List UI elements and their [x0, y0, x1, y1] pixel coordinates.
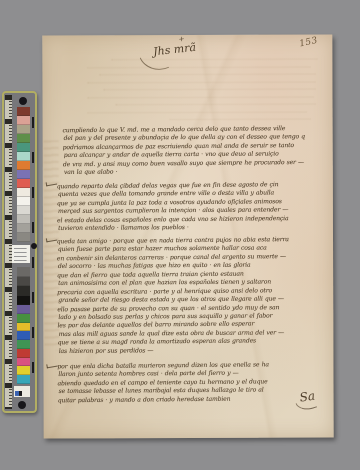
color-patch [17, 134, 30, 143]
color-patch [17, 277, 30, 287]
color-patch [17, 107, 30, 116]
calibration-ruler [5, 95, 12, 409]
manuscript-paragraph-2: quando reparto dela çibdad delas vegas q… [57, 181, 319, 234]
color-patch [17, 224, 30, 233]
color-patch [17, 170, 30, 179]
color-patch [17, 143, 30, 152]
manuscript-page: + Jhs mrã 153 cumpliendo lo que V. md. m… [42, 34, 333, 438]
manuscript-line: tuvieron entendido · llamamos los pueblo… [58, 223, 320, 233]
color-patch [17, 340, 30, 349]
invocation: + Jhs mrã [139, 34, 211, 59]
color-patch [17, 179, 30, 188]
color-patch [17, 267, 30, 277]
calibration-label-small [14, 386, 30, 397]
color-patch [17, 375, 30, 384]
manuscript-line: las hizieron por sus perdidos — [59, 346, 323, 356]
manuscript-paragraph-4: por que enla dicha batalla murieron segu… [57, 361, 321, 406]
color-patch [17, 314, 30, 323]
archival-scan-viewport: { "scan": { "background_color": "#8e8e90… [0, 0, 360, 470]
color-patch [17, 349, 30, 358]
color-patch [17, 206, 30, 215]
color-patch-group-top [17, 107, 30, 197]
calibration-label [12, 245, 30, 263]
color-patch [17, 331, 30, 340]
grayscale-patch-group-light [17, 197, 30, 242]
color-patch [17, 161, 30, 170]
color-patch [17, 296, 30, 306]
grayscale-patch-group-dark [17, 267, 30, 305]
color-patch [17, 305, 30, 314]
paragraph-mark [45, 180, 57, 187]
color-patch [17, 358, 30, 367]
color-patch [17, 366, 30, 375]
manuscript-paragraph-1: cumpliendo lo que V. md. me a mandado ce… [62, 125, 317, 178]
manuscript-line: quitar palabras · y mando a don criado h… [58, 394, 322, 405]
color-patch [17, 233, 30, 242]
paragraph-mark [46, 236, 58, 243]
color-patch [17, 188, 30, 197]
manuscript-line: van la que alabo · [64, 167, 319, 177]
manuscript-line: mas alas mill aguas sande la qual dize e… [59, 329, 323, 339]
color-patch [17, 125, 30, 134]
color-calibration-bar [2, 91, 37, 413]
manuscript-paragraph-3: queda tan amigo · porque que en nada tie… [57, 236, 322, 357]
color-patch [17, 116, 30, 125]
color-patch [17, 152, 30, 161]
verso-showthrough [87, 59, 322, 127]
registration-dot-icon [18, 401, 26, 409]
registration-dot-icon [19, 97, 27, 105]
color-patch [17, 323, 30, 332]
color-patch [17, 197, 30, 206]
registration-dashes [31, 93, 34, 411]
paragraph-mark [46, 362, 58, 369]
end-flourish: Sa [299, 389, 316, 405]
color-patch [17, 286, 30, 296]
color-patch [17, 215, 30, 224]
folio-number: 153 [299, 36, 319, 50]
color-patch-group-bottom [17, 305, 30, 384]
manuscript-line: lado y en bolsado sus perlas y chicos pa… [58, 312, 322, 322]
